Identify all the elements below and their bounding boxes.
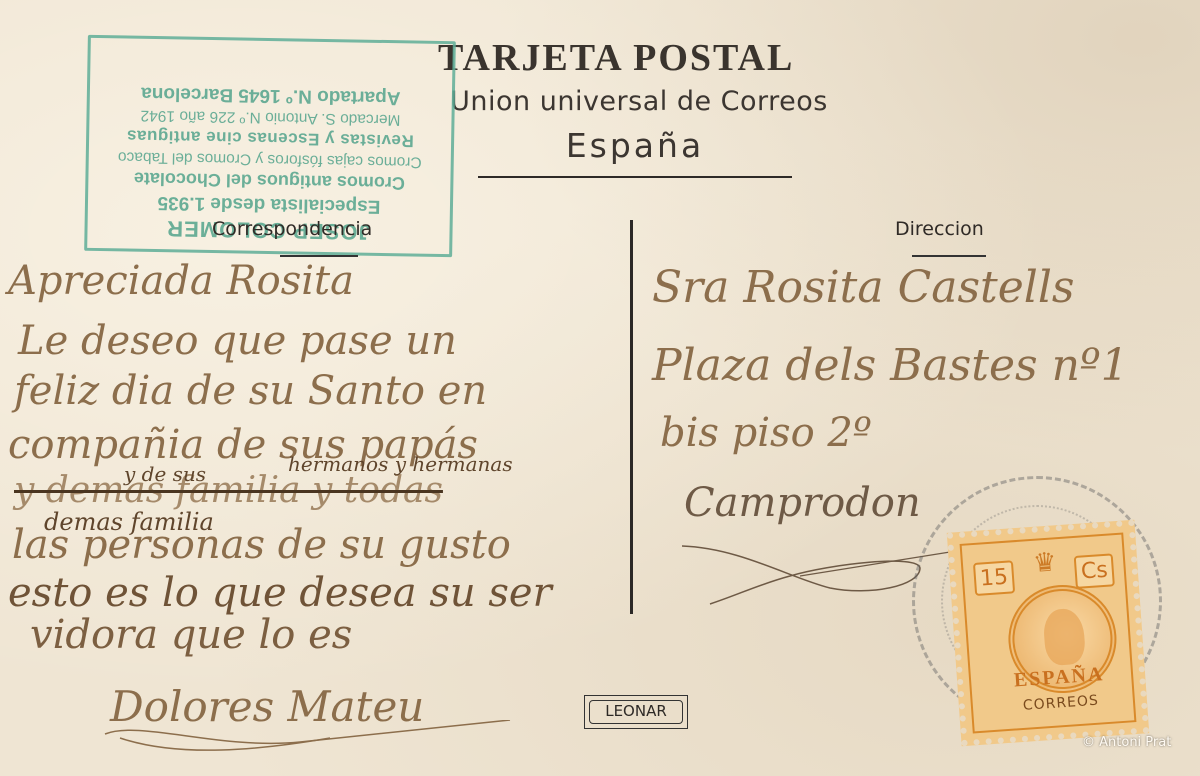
message-insertion: demas familia <box>44 508 214 536</box>
address-line: Plaza dels Bastes nº1 <box>652 340 1129 391</box>
message-line: esto es lo que desea su ser <box>8 570 552 616</box>
message-line: Le deseo que pase un <box>18 318 457 364</box>
stamp-inscription: CORREOS <box>993 691 1130 716</box>
stamp-country: ESPAÑA <box>991 662 1128 694</box>
address-line: Sra Rosita Castells <box>652 262 1075 313</box>
postcard-subtitle: Union universal de Correos <box>424 86 854 117</box>
address-line: Camprodon <box>684 480 921 526</box>
message-line: vidora que lo es <box>30 612 352 658</box>
correspondence-underline <box>280 255 358 257</box>
copyright-watermark: © Antoni Prat <box>1082 735 1171 750</box>
address-label: Direccion <box>895 218 984 240</box>
stamp-unit: Cs <box>1074 553 1115 589</box>
message-line-struck: y demas familia y todas <box>14 470 443 511</box>
postage-stamp: 15 Cs ♛ ESPAÑA CORREOS <box>947 520 1149 747</box>
crown-icon: ♛ <box>1032 547 1057 579</box>
header-rule <box>478 176 792 178</box>
publisher-mark-text: LEONAR <box>589 700 683 724</box>
signature-flourish <box>100 720 520 760</box>
postcard-country: España <box>480 126 790 165</box>
message-line: Apreciada Rosita <box>8 258 354 304</box>
message-line: feliz dia de su Santo en <box>14 368 487 414</box>
publisher-mark: LEONAR <box>584 695 688 729</box>
message-insertion: hermanos y hermanas <box>288 452 513 476</box>
postcard-title: TARJETA POSTAL <box>438 36 838 80</box>
stamp-value: 15 <box>973 560 1015 596</box>
correspondence-label: Correspondencia <box>212 218 372 240</box>
message-insertion: y de sus <box>124 462 206 486</box>
king-portrait-icon <box>1042 608 1086 667</box>
stamp-frame: 15 Cs ♛ ESPAÑA CORREOS <box>960 533 1137 734</box>
address-underline <box>912 255 986 257</box>
center-divider <box>630 220 633 614</box>
address-line: bis piso 2º <box>660 410 872 456</box>
